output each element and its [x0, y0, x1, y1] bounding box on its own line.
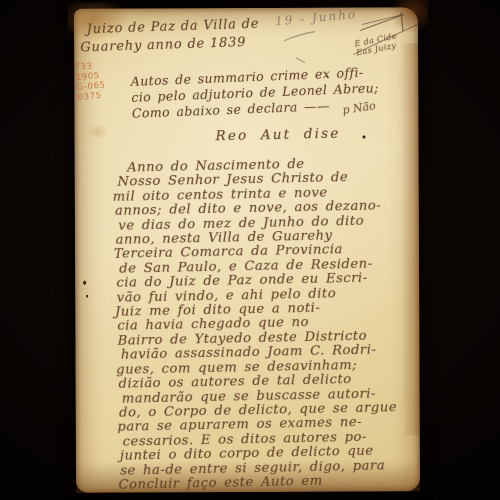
rubric-slash-stroke	[353, 23, 420, 54]
rubric-flourish-stroke	[360, 14, 404, 30]
photo-backdrop: Juizo de Paz da Villa de Guarehy anno de…	[0, 0, 500, 500]
manuscript-photo-screenshot: { "photo": { "backdrop_color": "#0a0503"…	[0, 0, 500, 500]
manuscript-page: Juizo de Paz da Villa de Guarehy anno de…	[74, 7, 420, 492]
pencil-dash	[296, 58, 305, 63]
pencil-stroke	[284, 32, 315, 41]
rubric-flourish-stroke	[362, 14, 404, 24]
pen-flourish-marks	[74, 7, 420, 492]
